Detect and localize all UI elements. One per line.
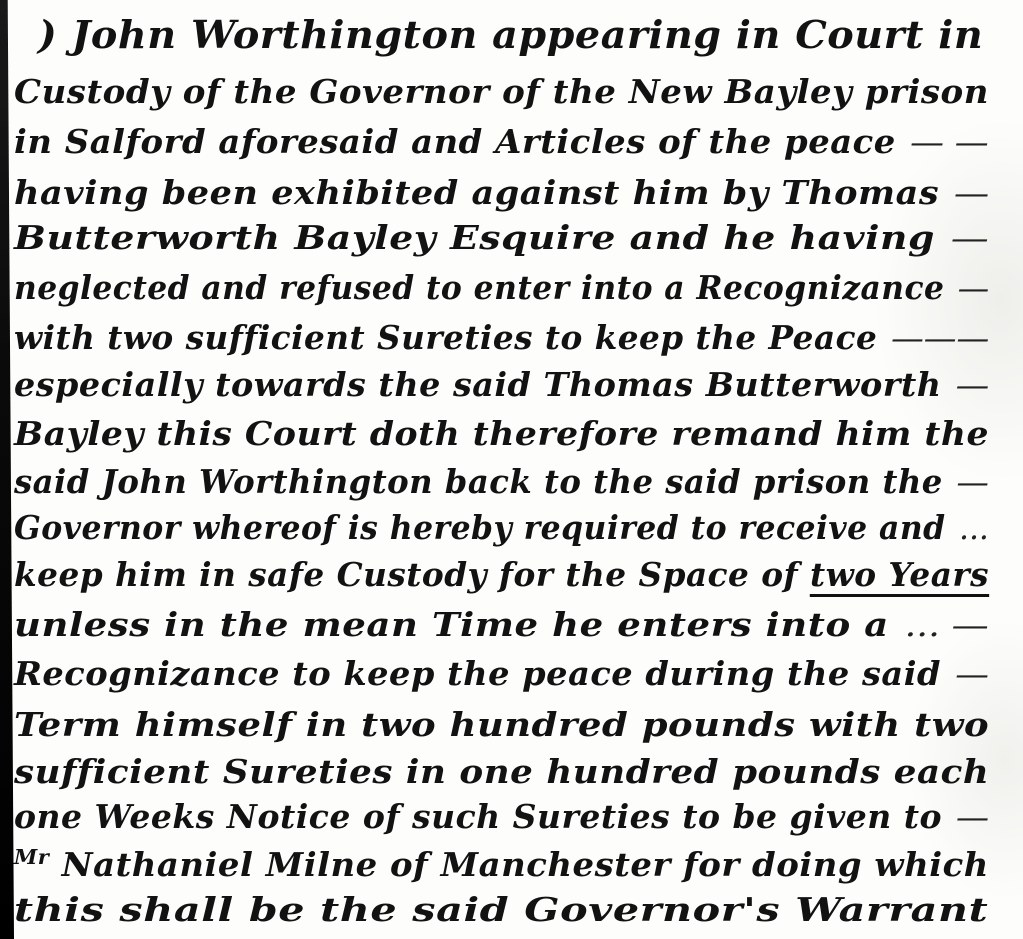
line-text: in Salford aforesaid and Articles of the…: [14, 122, 896, 161]
line-text: Governor whereof is hereby required to r…: [14, 508, 946, 547]
manuscript-line-12: keep him in safe Custody for the Space o…: [14, 555, 989, 594]
bracket-mark: ): [38, 12, 57, 57]
line-filler-dash: —: [956, 365, 989, 404]
manuscript-line-18: Mr Nathaniel Milne of Manchester for doi…: [14, 845, 989, 884]
line-text: Recognizance to keep the peace during th…: [14, 654, 941, 693]
line-filler-dash: —: [957, 462, 989, 501]
line-filler-dash: ...: [959, 508, 989, 547]
line-text: one Weeks Notice of such Sureties to be …: [14, 797, 942, 836]
scan-border-left: [0, 0, 14, 939]
honorific-mr: Mr: [14, 845, 49, 869]
manuscript-line-4: having been exhibited against him by Tho…: [14, 173, 989, 212]
line-text: Term himself in two hundred pounds with …: [14, 705, 989, 744]
line-text: unless in the mean Time he enters into a: [14, 605, 889, 644]
line-filler-dash: —: [954, 173, 989, 212]
underlined-term-two-years: two Years: [810, 555, 989, 597]
manuscript-line-16: sufficient Sureties in one hundred pound…: [14, 752, 989, 791]
manuscript-line-17: one Weeks Notice of such Sureties to be …: [14, 797, 989, 836]
line-filler-dash: —: [958, 268, 989, 307]
manuscript-line-14: Recognizance to keep the peace during th…: [14, 654, 989, 693]
manuscript-line-9: Bayley this Court doth therefore remand …: [14, 414, 989, 453]
line-filler-dash: —: [951, 218, 989, 257]
line-text: neglected and refused to enter into a Re…: [14, 268, 944, 307]
manuscript-line-3: in Salford aforesaid and Articles of the…: [14, 122, 989, 161]
line-filler-dash: ... —: [905, 605, 989, 644]
line-text: Butterworth Bayley Esquire and he having: [14, 218, 935, 257]
line-text: John Worthington appearing in Court in: [72, 12, 984, 57]
manuscript-line-10: said John Worthington back to the said p…: [14, 462, 989, 501]
line-filler-dash: ———: [891, 318, 989, 357]
line-text: Nathaniel Milne of Manchester for doing …: [49, 845, 989, 884]
manuscript-line-1: ) John Worthington appearing in Court in: [38, 12, 983, 57]
line-text: Custody of the Governor of the New Bayle…: [14, 72, 989, 111]
line-text: keep him in safe Custody for the Space o…: [14, 555, 810, 594]
manuscript-line-2: Custody of the Governor of the New Bayle…: [14, 72, 989, 111]
line-text: especially towards the said Thomas Butte…: [14, 365, 942, 404]
manuscript-line-11: Governor whereof is hereby required to r…: [14, 508, 989, 547]
manuscript-line-7: with two sufficient Sureties to keep the…: [14, 318, 989, 357]
line-text: Bayley this Court doth therefore remand …: [14, 414, 989, 453]
line-text: this shall be the said Governor's Warran…: [14, 890, 988, 929]
manuscript-line-6: neglected and refused to enter into a Re…: [14, 268, 989, 307]
line-text: sufficient Sureties in one hundred pound…: [14, 752, 989, 791]
manuscript-line-15: Term himself in two hundred pounds with …: [14, 705, 989, 744]
manuscript-line-13: unless in the mean Time he enters into a…: [14, 605, 989, 644]
manuscript-line-19: this shall be the said Governor's Warran…: [14, 890, 988, 929]
manuscript-line-5: Butterworth Bayley Esquire and he having…: [14, 218, 989, 257]
line-text: said John Worthington back to the said p…: [14, 462, 943, 501]
manuscript-page: ) John Worthington appearing in Court in…: [0, 0, 1023, 939]
line-filler-dash: — —: [910, 122, 988, 161]
line-text: with two sufficient Sureties to keep the…: [14, 318, 877, 357]
line-filler-dash: —: [955, 654, 989, 693]
line-text: having been exhibited against him by Tho…: [14, 173, 939, 212]
manuscript-line-8: especially towards the said Thomas Butte…: [14, 365, 989, 404]
line-filler-dash: —: [956, 797, 989, 836]
